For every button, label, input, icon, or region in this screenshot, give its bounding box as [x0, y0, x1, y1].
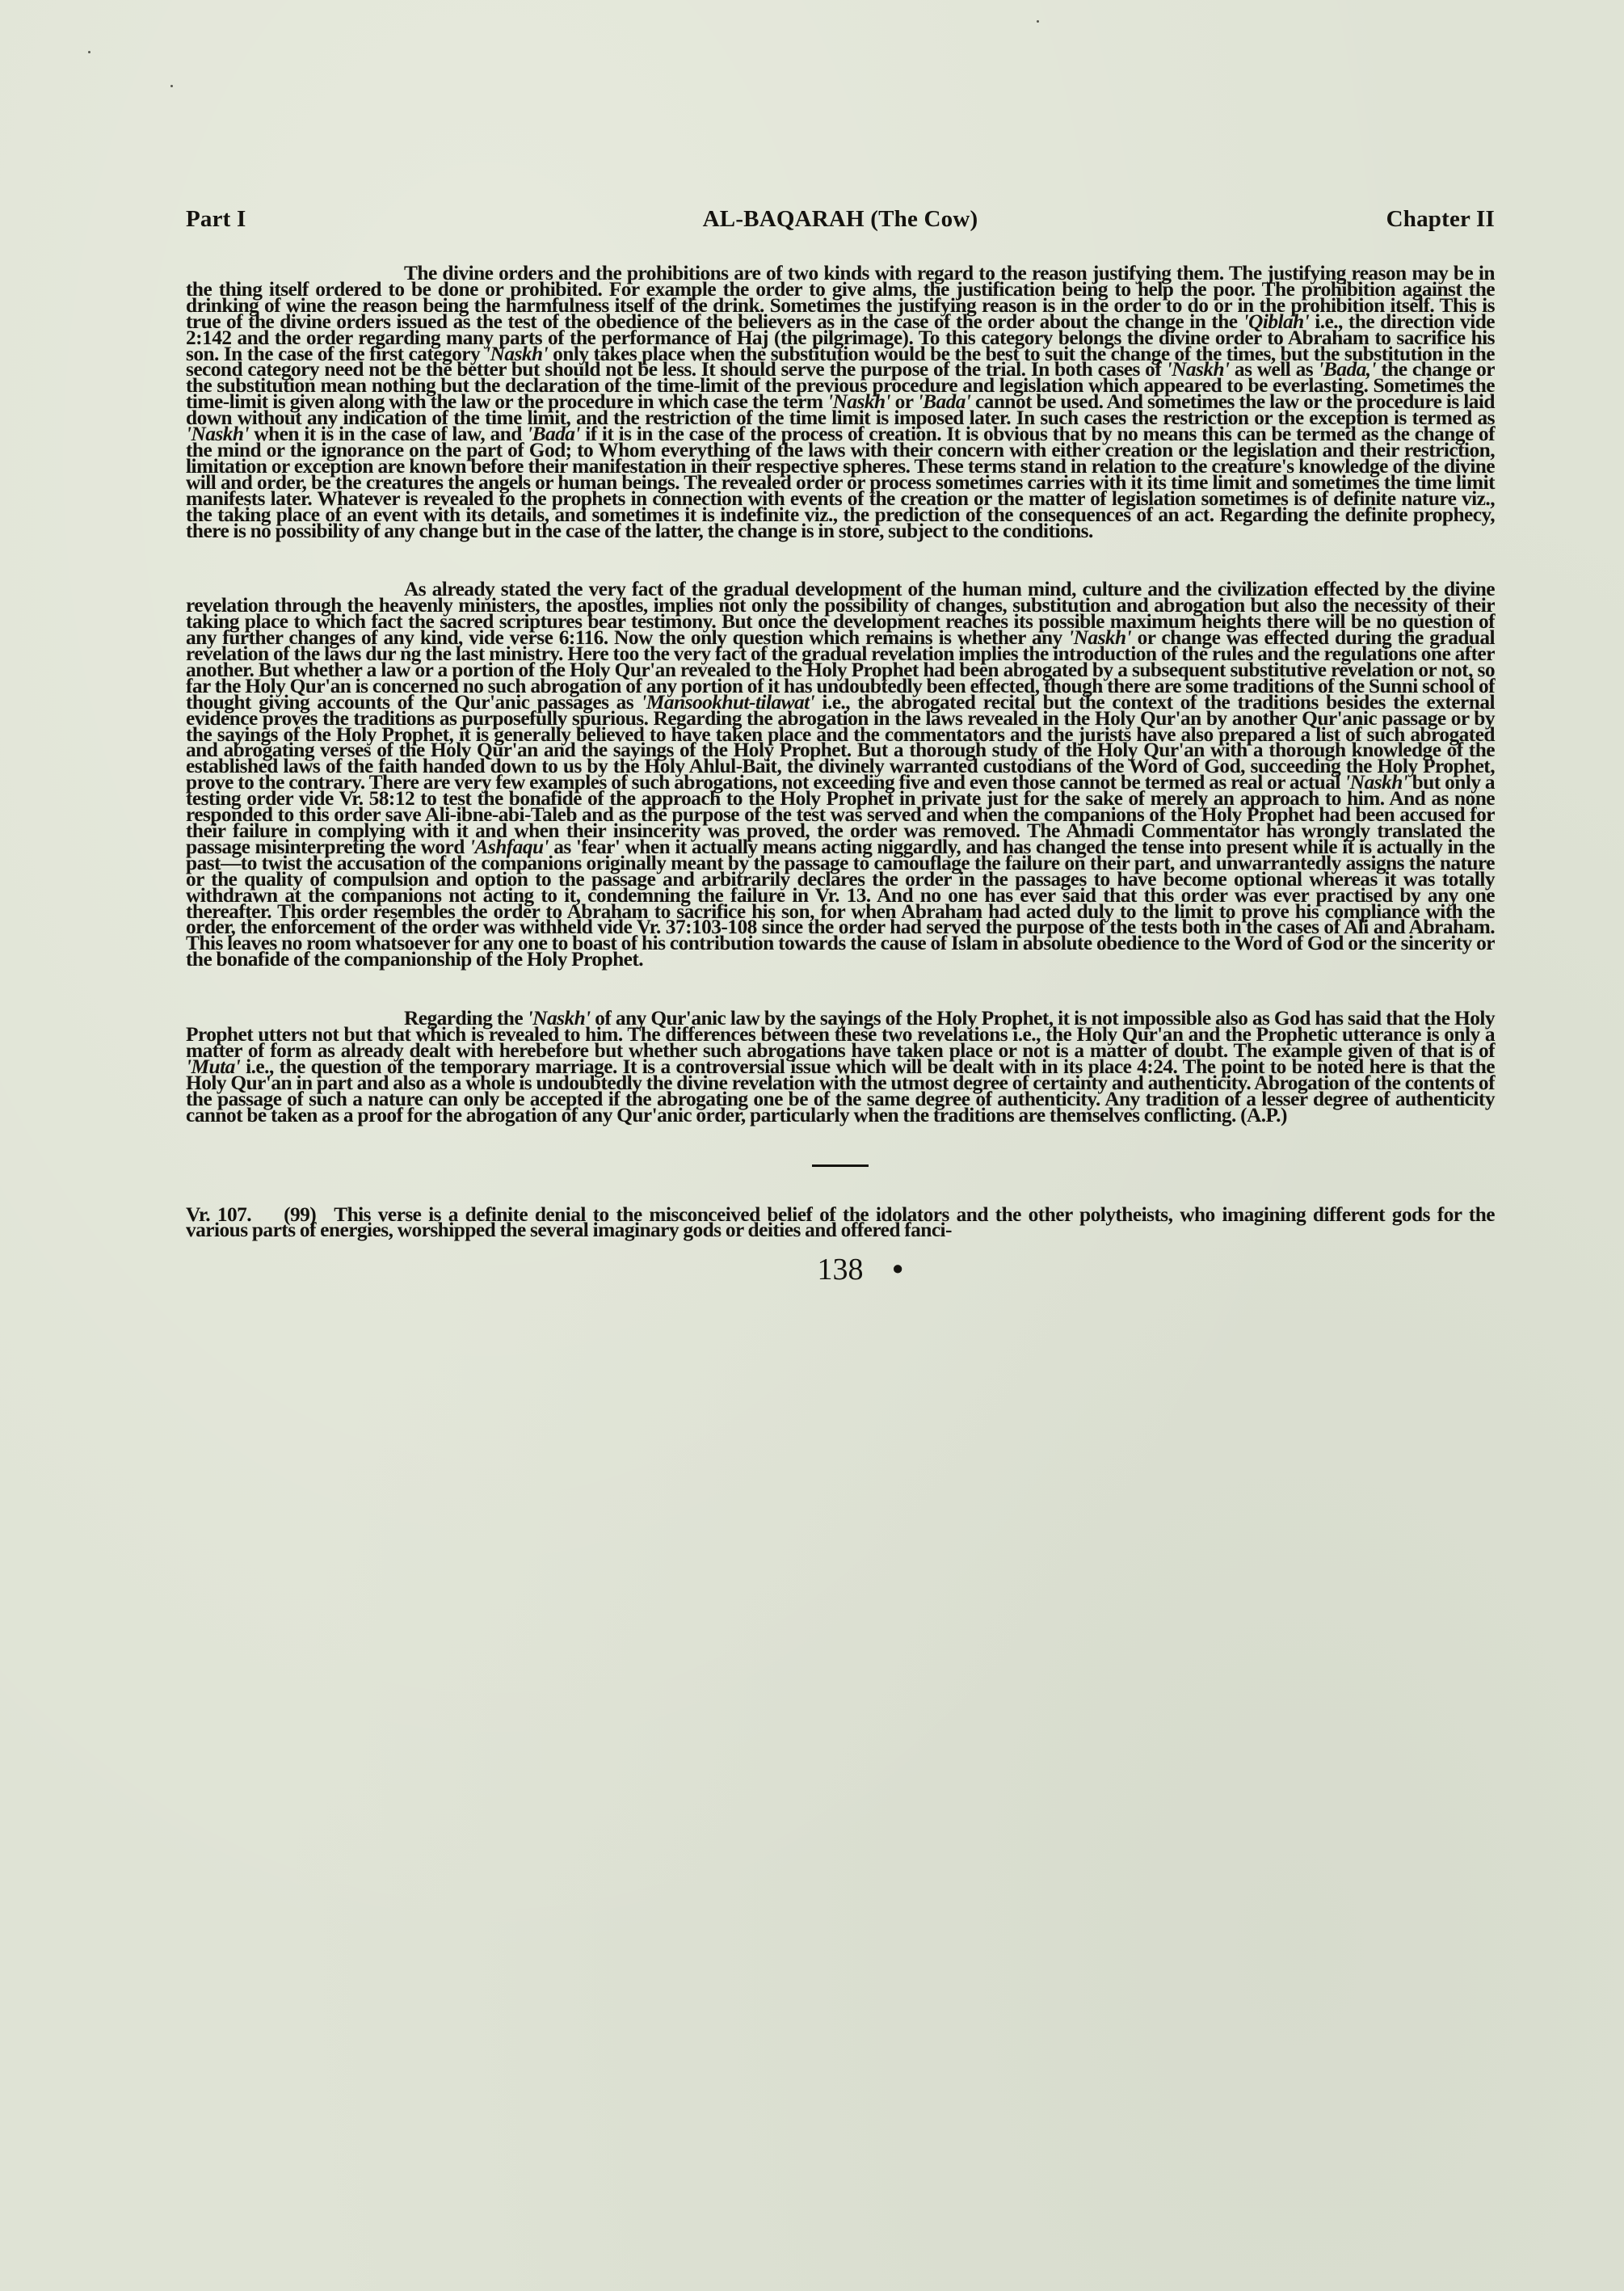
text-run: of any Qur'anic law by the sayings of th… [186, 1007, 1495, 1062]
commentary-body: The divine orders and the prohibitions a… [186, 266, 1495, 1124]
paper-speck [170, 85, 173, 87]
paper-speck [1037, 20, 1039, 23]
page-number: 138• [186, 1253, 1495, 1286]
page-mark: • [893, 1253, 903, 1286]
text-run: i.e., the question of the temporary marr… [186, 1055, 1495, 1127]
verse-note-text: This verse is a definite denial to the m… [186, 1203, 1495, 1242]
page-number-value: 138 [818, 1253, 864, 1287]
text-run: if it is in the case of the process of c… [186, 423, 1495, 541]
paragraph-prophetic-sayings: Regarding the 'Naskh' of any Qur'anic la… [186, 1011, 1495, 1123]
verse-note: Vr. 107.(99)This verse is a definite den… [186, 1207, 1495, 1240]
chapter-title: AL-BAQARAH (The Cow) [186, 206, 1495, 233]
chapter-label: Chapter II [1386, 206, 1495, 233]
book-page: Part I AL-BAQARAH (The Cow) Chapter II T… [186, 206, 1495, 1286]
section-divider [812, 1164, 869, 1167]
paragraph-naskh-bada: The divine orders and the prohibitions a… [186, 266, 1495, 539]
paper-speck [88, 51, 90, 53]
text-run: i.e., the abrogated recital but the cont… [186, 691, 1495, 794]
paragraph-abrogation: As already stated the very fact of the g… [186, 582, 1495, 968]
text-run: as 'fear' when it actually means acting … [186, 836, 1495, 971]
running-head: Part I AL-BAQARAH (The Cow) Chapter II [186, 206, 1495, 238]
